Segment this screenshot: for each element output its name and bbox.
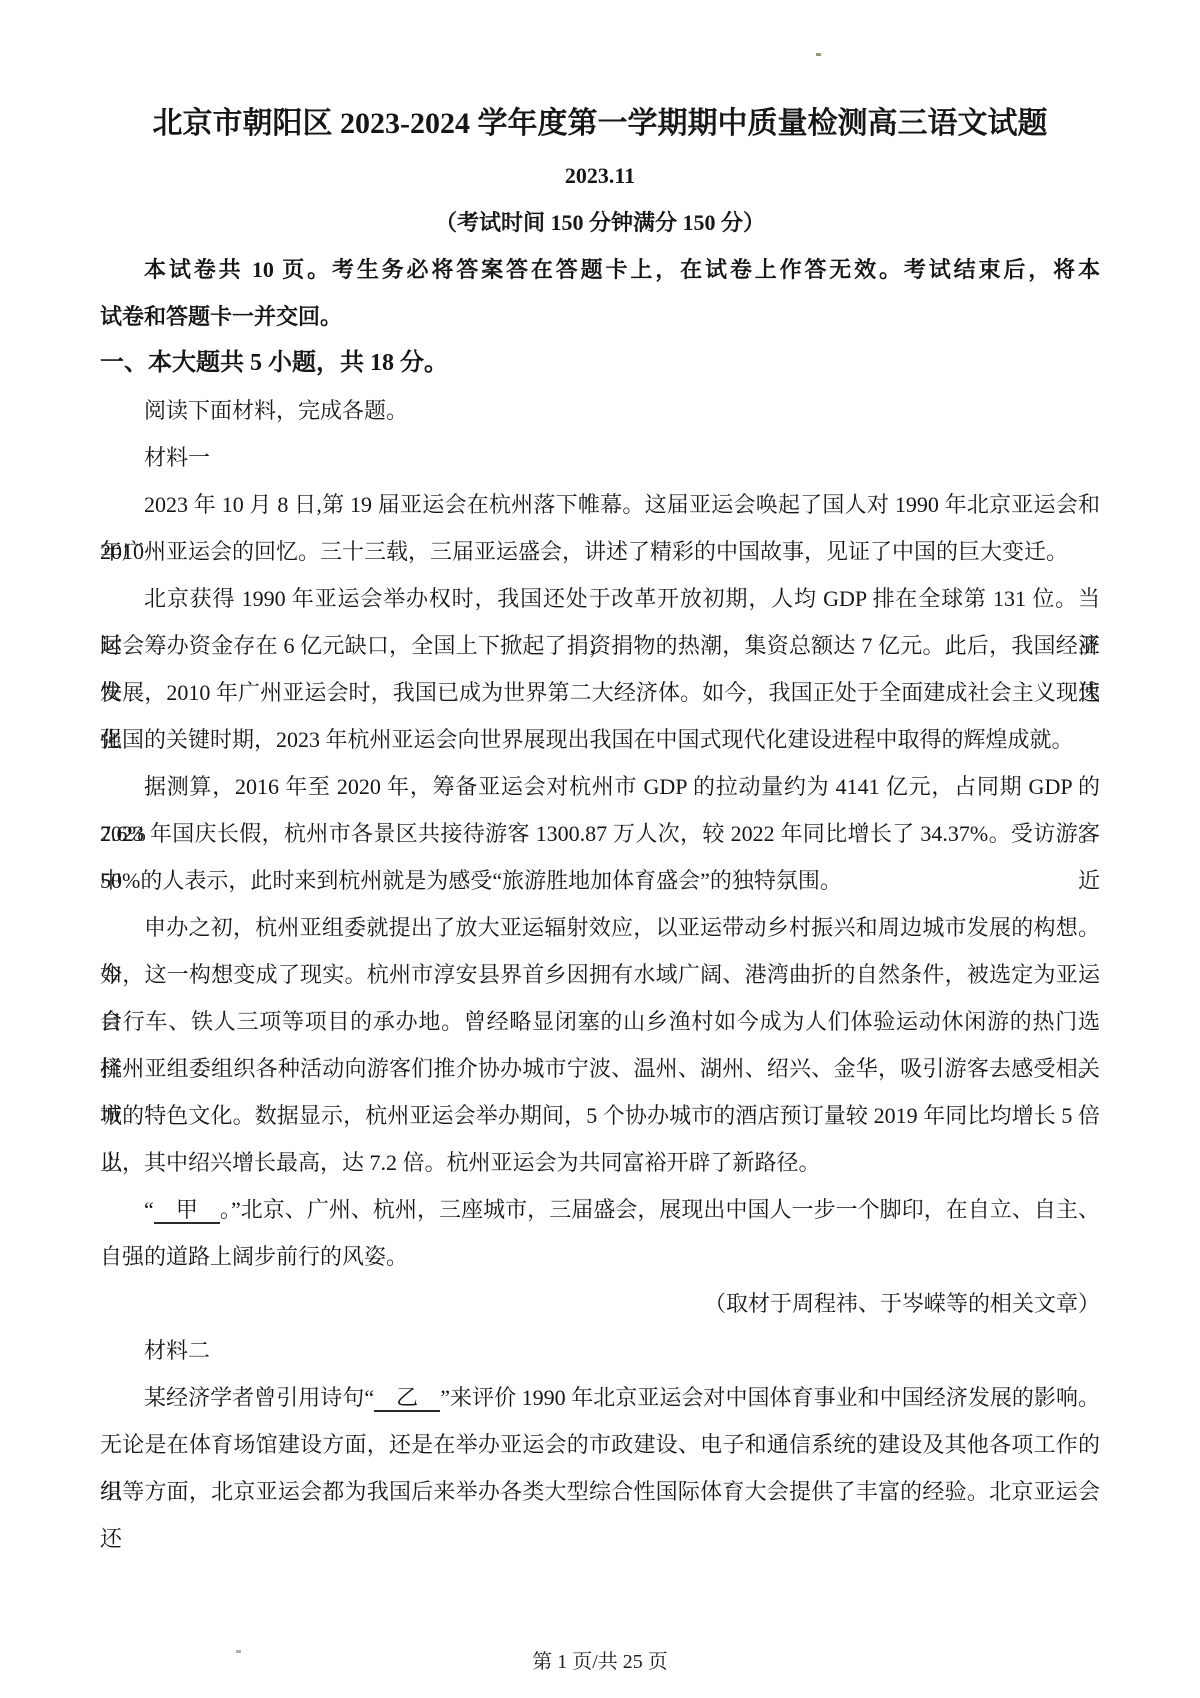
- scan-artifact-dot-top: [816, 53, 821, 56]
- doc-line: 市的特色文化。数据显示，杭州亚运会举办期间，5 个协办城市的酒店预订量较 201…: [100, 1092, 1100, 1139]
- document-lines: 本试卷共 10 页。考生务必将答案答在答题卡上，在试卷上作答无效。考试结束后，将…: [100, 246, 1100, 1515]
- doc-line: 试卷和答题卡一并交回。: [100, 293, 1100, 340]
- doc-line: 织等方面，北京亚运会都为我国后来举办各类大型综合性国际体育大会提供了丰富的经验。…: [100, 1468, 1100, 1515]
- doc-line: 强国的关键时期，2023 年杭州亚运会向世界展现出我国在中国式现代化建设进程中取…: [100, 716, 1100, 763]
- page-title: 北京市朝阳区 2023-2024 学年度第一学期期中质量检测高三语文试题: [100, 96, 1100, 152]
- doc-line: 上，其中绍兴增长最高，达 7.2 倍。杭州亚运会为共同富裕开辟了新路径。: [100, 1139, 1100, 1186]
- text-segment: 自强的道路上阔步前行的风姿。: [100, 1244, 408, 1269]
- text-segment: （取材于周程祎、于岑嵘等的相关文章）: [704, 1291, 1100, 1316]
- document-content: 北京市朝阳区 2023-2024 学年度第一学期期中质量检测高三语文试题 202…: [0, 0, 1200, 1515]
- doc-line: 运会筹办资金存在 6 亿元缺口，全国上下掀起了捐资捐物的热潮，集资总额达 7 亿…: [100, 622, 1100, 669]
- text-segment: 某经济学者曾引用诗句“: [144, 1385, 374, 1410]
- doc-line: “ 甲 。”北京、广州、杭州，三座城市，三届盛会，展现出中国人一步一个脚印，在自…: [100, 1186, 1100, 1233]
- doc-line: 2023 年国庆长假，杭州市各景区共接待游客 1300.87 万人次，较 202…: [100, 810, 1100, 857]
- doc-line: 自强的道路上阔步前行的风姿。: [100, 1233, 1100, 1280]
- text-segment: 材料二: [144, 1338, 210, 1363]
- doc-line: 本试卷共 10 页。考生务必将答案答在答题卡上，在试卷上作答无效。考试结束后，将…: [100, 246, 1100, 293]
- doc-line: 年广州亚运会的回忆。三十三载，三届亚运盛会，讲述了精彩的中国故事，见证了中国的巨…: [100, 528, 1100, 575]
- text-segment: 试卷和答题卡一并交回。: [100, 304, 342, 329]
- doc-line: 某经济学者曾引用诗句“ 乙 ”来评价 1990 年北京亚运会对中国体育事业和中国…: [100, 1374, 1100, 1421]
- doc-line: 今，这一构想变成了现实。杭州市淳安县界首乡因拥有水域广阔、港湾曲折的自然条件，被…: [100, 951, 1100, 998]
- exam-date: 2023.11: [100, 152, 1100, 199]
- doc-line: 材料一: [100, 434, 1100, 481]
- doc-line: 无论是在体育场馆建设方面，还是在举办亚运会的市政建设、电子和通信系统的建设及其他…: [100, 1421, 1100, 1468]
- text-segment: 50%的人表示，此时来到杭州就是为感受“旅游胜地加体育盛会”的独特氛围。: [100, 868, 842, 893]
- text-segment: 本试卷共 10 页。考生务必将答案答在答题卡上，在试卷上作答无效。考试结束后，将…: [144, 257, 1100, 282]
- text-segment: 强国的关键时期，2023 年杭州亚运会向世界展现出我国在中国式现代化建设进程中取…: [100, 727, 1074, 752]
- fill-blank-underline: 甲: [154, 1197, 220, 1224]
- page-footer: 第 1 页/共 25 页: [0, 1645, 1200, 1674]
- text-segment: ”来评价 1990 年北京亚运会对中国体育事业和中国经济发展的影响。: [440, 1385, 1100, 1410]
- scan-artifact-dot-bottom: [236, 1650, 241, 1653]
- text-segment: 一、本大题共 5 小题，共 18 分。: [100, 350, 448, 376]
- text-segment: 织等方面，北京亚运会都为我国后来举办各类大型综合性国际体育大会提供了丰富的经验。…: [100, 1479, 1100, 1551]
- text-segment: 阅读下面材料，完成各题。: [144, 398, 408, 423]
- exam-duration-info: （考试时间 150 分钟满分 150 分）: [100, 199, 1100, 246]
- doc-line: 自行车、铁人三项等项目的承办地。曾经略显闭塞的山乡渔村如今成为人们体验运动休闲游…: [100, 998, 1100, 1045]
- fill-blank-underline: 乙: [374, 1385, 440, 1412]
- exam-paper-page: 北京市朝阳区 2023-2024 学年度第一学期期中质量检测高三语文试题 202…: [0, 0, 1200, 1698]
- text-segment: 上，其中绍兴增长最高，达 7.2 倍。杭州亚运会为共同富裕开辟了新路径。: [100, 1150, 821, 1175]
- text-segment: 材料一: [144, 445, 210, 470]
- text-segment: “: [144, 1197, 154, 1222]
- doc-line: 阅读下面材料，完成各题。: [100, 387, 1100, 434]
- doc-line: 申办之初，杭州亚组委就提出了放大亚运辐射效应，以亚运带动乡村振兴和周边城市发展的…: [100, 904, 1100, 951]
- doc-line: 2023 年 10 月 8 日,第 19 届亚运会在杭州落下帷幕。这届亚运会唤起…: [100, 481, 1100, 528]
- doc-line: 据测算，2016 年至 2020 年，筹备亚运会对杭州市 GDP 的拉动量约为 …: [100, 763, 1100, 810]
- doc-line: 杭州亚组委组织各种活动向游客们推介协办城市宁波、温州、湖州、绍兴、金华，吸引游客…: [100, 1045, 1100, 1092]
- doc-line: 一、本大题共 5 小题，共 18 分。: [100, 340, 1100, 387]
- doc-line: 北京获得 1990 年亚运会举办权时，我国还处于改革开放初期，人均 GDP 排在…: [100, 575, 1100, 622]
- text-segment: 年广州亚运会的回忆。三十三载，三届亚运盛会，讲述了精彩的中国故事，见证了中国的巨…: [100, 539, 1068, 564]
- text-segment: 。”北京、广州、杭州，三座城市，三届盛会，展现出中国人一步一个脚印，在自立、自主…: [220, 1197, 1100, 1222]
- doc-line: 发展，2010 年广州亚运会时，我国已成为世界第二大经济体。如今，我国正处于全面…: [100, 669, 1100, 716]
- doc-line: 材料二: [100, 1327, 1100, 1374]
- doc-line: （取材于周程祎、于岑嵘等的相关文章）: [100, 1280, 1100, 1327]
